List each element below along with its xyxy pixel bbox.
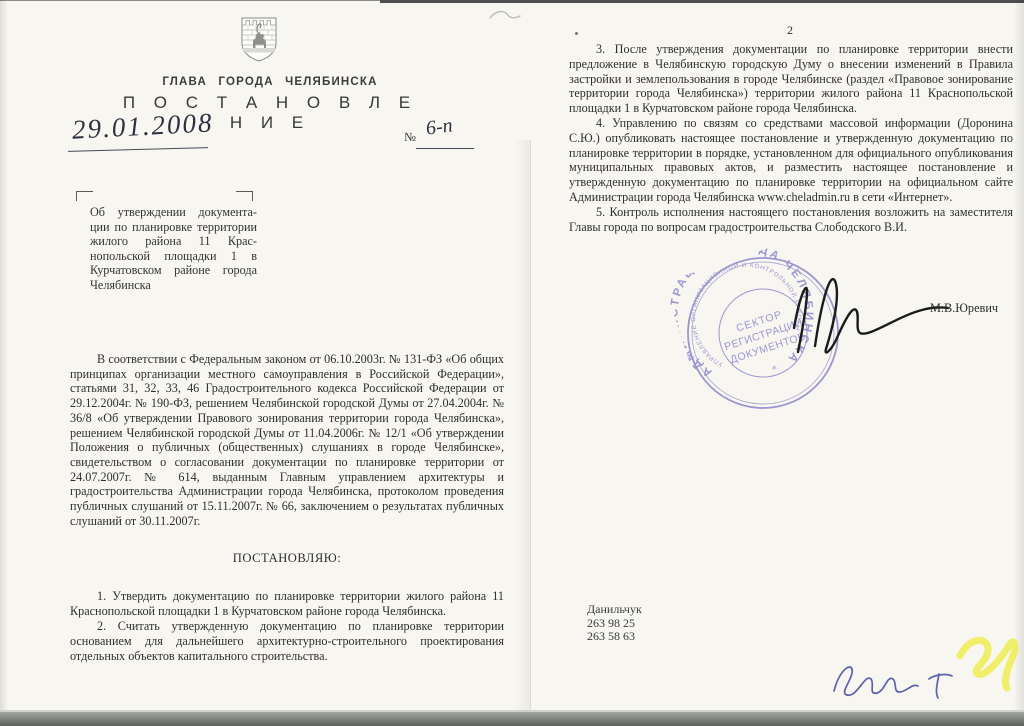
page-fold-line	[530, 140, 531, 710]
subject-line: нопольской площадки 1 в	[90, 249, 257, 264]
resolution-item-1: 1. Утвердить документацию по планировке …	[70, 589, 504, 619]
doc-number-label: №	[404, 130, 416, 145]
subject-line: ции по планировке территории	[90, 220, 257, 235]
subject-line: Челябинска	[90, 278, 257, 293]
date-underline	[68, 147, 208, 152]
yellow-highlighter-mark	[950, 626, 1024, 694]
resolution-item-3: 3. После утверждения документации по пла…	[569, 42, 1013, 116]
handwritten-doc-number: 6-п	[425, 114, 454, 140]
scan-edge-bottom	[0, 712, 1024, 726]
preamble-paragraph: В соответствии с Федеральным законом от …	[70, 352, 504, 528]
doc-number-underline	[416, 148, 474, 149]
subject-line: Курчатовском районе города	[90, 263, 257, 278]
contact-name: Данильчук	[587, 603, 642, 617]
pencil-squiggle-mark	[484, 6, 528, 26]
chelyabinsk-coat-of-arms-icon	[239, 15, 279, 62]
resolve-heading: ПОСТАНОВЛЯЮ:	[70, 551, 504, 566]
page-fold-shadow	[514, 140, 530, 710]
resolution-item-2: 2. Считать утвержденную документацию по …	[70, 619, 504, 664]
contact-block: Данильчук 263 98 25 263 58 63	[587, 603, 642, 644]
signatory-name: М.В.Юревич	[930, 301, 998, 316]
resolution-item-4: 4. Управлению по связям со средствами ма…	[569, 116, 1013, 205]
org-title: ГЛАВА ГОРОДА ЧЕЛЯБИНСКА	[120, 76, 420, 88]
resolution-item-5: 5. Контроль исполнения настоящего постан…	[569, 205, 1013, 235]
subject-block: Об утверждении документа- ции по планиро…	[90, 205, 257, 293]
stamp-star: ✳	[770, 363, 778, 372]
page-number: 2	[770, 23, 810, 38]
scan-edge-right	[1014, 0, 1024, 726]
scan-dust-speck	[575, 32, 578, 35]
resolution-items-right: 3. После утверждения документации по пла…	[569, 42, 1013, 234]
contact-phone1: 263 98 25	[587, 617, 642, 631]
contact-phone2: 263 58 63	[587, 630, 642, 644]
handwritten-date: 29.01.2008	[71, 107, 214, 145]
document-scan: ГЛАВА ГОРОДА ЧЕЛЯБИНСКА П О С Т А Н О В …	[0, 0, 1024, 726]
subject-corner-mark-left	[76, 191, 93, 201]
subject-line: Об утверждении документа-	[90, 205, 257, 220]
resolution-items-left: 1. Утвердить документацию по планировке …	[70, 589, 504, 664]
scan-edge-left	[0, 0, 8, 726]
subject-line: жилого района 11 Крас-	[90, 234, 257, 249]
scan-edge-top-dark	[380, 0, 1024, 3]
subject-corner-mark-right	[236, 191, 253, 201]
